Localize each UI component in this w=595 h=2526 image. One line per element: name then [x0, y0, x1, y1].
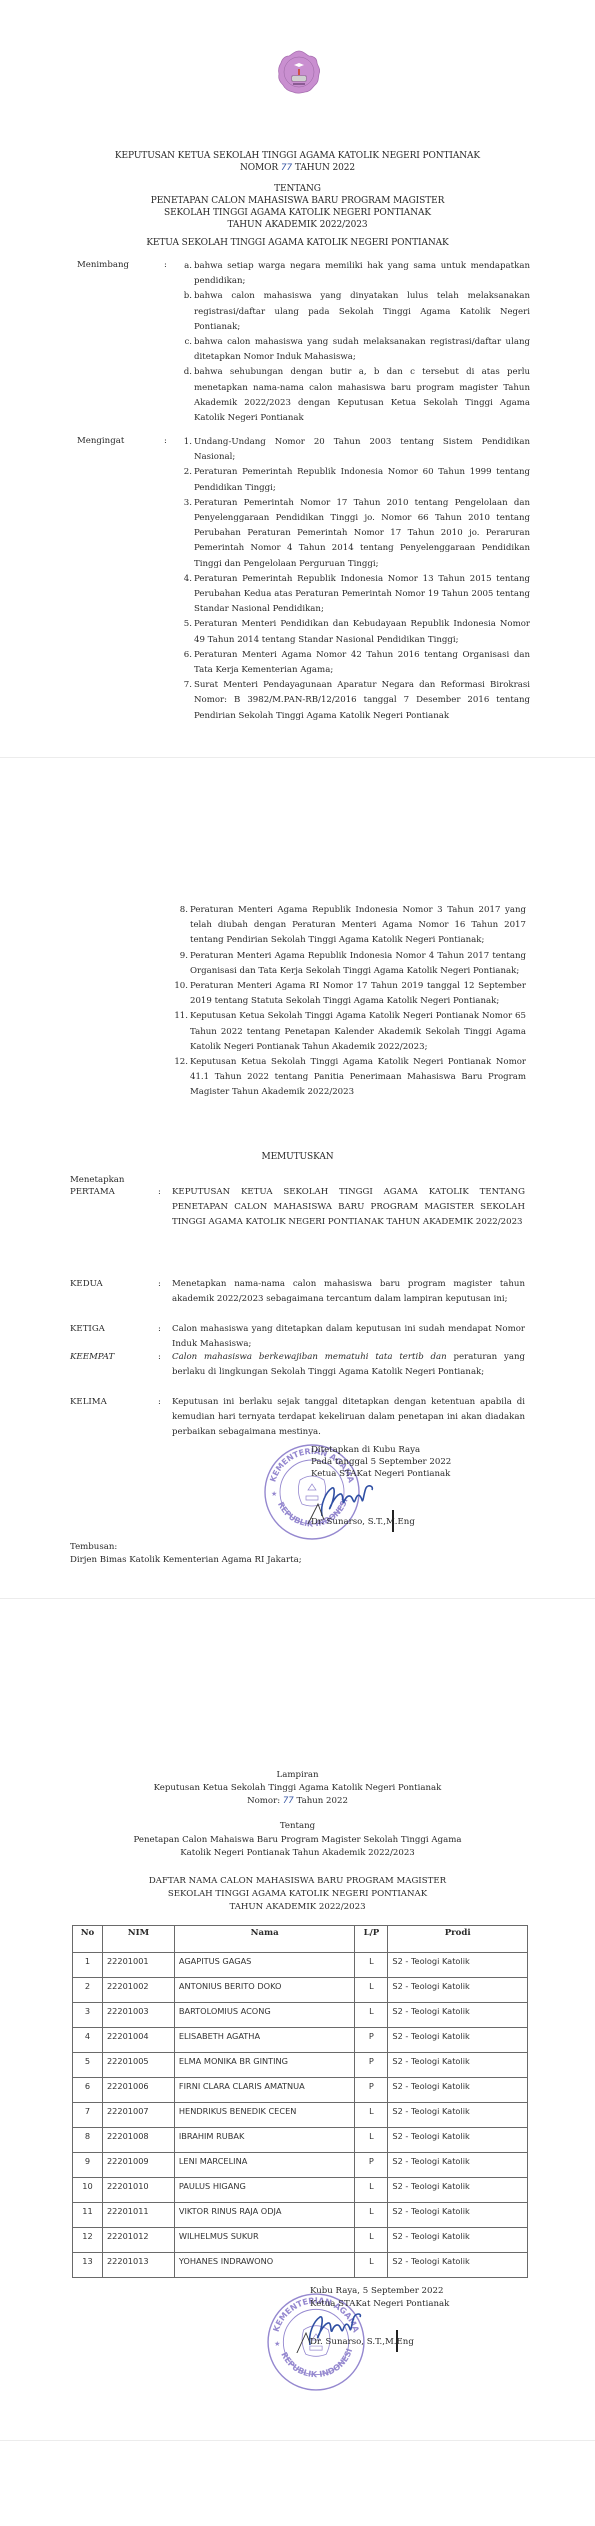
- list-marker: 12.: [169, 1055, 188, 1070]
- ruling-label-pertama: PERTAMA: [70, 1186, 115, 1198]
- cell-nama: IBRAHIM RUBAK: [174, 2128, 355, 2153]
- cell-prodi: S2 - Teologi Katolik: [388, 2253, 528, 2278]
- cell-nama: AGAPITUS GAGAS: [174, 1953, 355, 1978]
- about-label: TENTANG: [0, 183, 595, 195]
- list-marker: 7.: [178, 678, 192, 693]
- cell-no: 5: [73, 2053, 103, 2078]
- decree-page-1: KEPUTUSAN KETUA SEKOLAH TINGGI AGAMA KAT…: [0, 0, 595, 758]
- cell-nim: 22201003: [102, 2003, 174, 2028]
- list-item: 11.Keputusan Ketua Sekolah Tinggi Agama …: [174, 1009, 526, 1055]
- cell-prodi: S2 - Teologi Katolik: [388, 2078, 528, 2103]
- cell-gender: P: [355, 2078, 388, 2103]
- cell-prodi: S2 - Teologi Katolik: [388, 2153, 528, 2178]
- cell-nama: PAULUS HIGANG: [174, 2178, 355, 2203]
- list-item-text: Peraturan Pemerintah Republik Indonesia …: [194, 572, 530, 618]
- colon: :: [164, 435, 167, 447]
- ruling-label-ketiga: KETIGA: [70, 1323, 105, 1335]
- list-item: 12.Keputusan Ketua Sekolah Tinggi Agama …: [174, 1055, 526, 1101]
- list-marker: a.: [178, 259, 192, 274]
- table-row: 922201009LENI MARCELINAPS2 - Teologi Kat…: [73, 2153, 528, 2178]
- table-row: 422201004ELISABETH AGATHAPS2 - Teologi K…: [73, 2028, 528, 2053]
- list-item-text: Peraturan Menteri Agama Republik Indones…: [190, 903, 526, 949]
- cell-no: 2: [73, 1978, 103, 2003]
- cell-nama: YOHANES INDRAWONO: [174, 2253, 355, 2278]
- appendix-about-label: Tentang: [0, 1820, 595, 1832]
- list-marker: 3.: [178, 496, 192, 511]
- ruling-text-pertama: KEPUTUSAN KETUA SEKOLAH TINGGI AGAMA KAT…: [172, 1185, 525, 1231]
- cell-nama: LENI MARCELINA: [174, 2153, 355, 2178]
- svg-text:★: ★: [274, 2339, 280, 2348]
- list-marker: 6.: [178, 648, 192, 663]
- cell-prodi: S2 - Teologi Katolik: [388, 2228, 528, 2253]
- cell-no: 4: [73, 2028, 103, 2053]
- cell-gender: L: [355, 2128, 388, 2153]
- list-item: b.bahwa calon mahasiswa yang dinyatakan …: [178, 289, 530, 335]
- list-item: 6.Peraturan Menteri Agama Nomor 42 Tahun…: [178, 648, 530, 678]
- cell-nama: HENDRIKUS BENEDIK CECEN: [174, 2103, 355, 2128]
- cell-nim: 22201013: [102, 2253, 174, 2278]
- cell-gender: L: [355, 1953, 388, 1978]
- list-item-text: Peraturan Pemerintah Republik Indonesia …: [194, 465, 530, 495]
- list-item-text: bahwa calon mahasiswa yang dinyatakan lu…: [194, 289, 530, 335]
- list-item-text: Peraturan Menteri Agama Republik Indones…: [190, 949, 526, 979]
- list-marker: c.: [178, 335, 192, 350]
- cell-no: 11: [73, 2203, 103, 2228]
- signatory-name: Dr. Sunarso, S.T.,M.Eng: [311, 1516, 415, 1528]
- menimbang-label: Menimbang: [77, 259, 129, 271]
- table-row: 1222201012WILHELMUS SUKURLS2 - Teologi K…: [73, 2228, 528, 2253]
- table-row: 1022201010PAULUS HIGANGLS2 - Teologi Kat…: [73, 2178, 528, 2203]
- cell-nim: 22201007: [102, 2103, 174, 2128]
- ink-mark: [392, 1510, 394, 1532]
- cell-nama: ELMA MONIKA BR GINTING: [174, 2053, 355, 2078]
- list-marker: 1.: [178, 435, 192, 450]
- list-item: 9.Peraturan Menteri Agama Republik Indon…: [174, 949, 526, 979]
- cell-gender: L: [355, 2228, 388, 2253]
- list-marker: 5.: [178, 617, 192, 632]
- cell-prodi: S2 - Teologi Katolik: [388, 2103, 528, 2128]
- cell-gender: L: [355, 2103, 388, 2128]
- svg-text:★: ★: [271, 1490, 277, 1498]
- cell-gender: L: [355, 2203, 388, 2228]
- list-item: 8.Peraturan Menteri Agama Republik Indon…: [174, 903, 526, 949]
- cell-no: 7: [73, 2103, 103, 2128]
- table-row: 222201002ANTONIUS BERITO DOKOLS2 - Teolo…: [73, 1978, 528, 2003]
- cell-no: 6: [73, 2078, 103, 2103]
- ruling-label-keempat: KEEMPAT: [70, 1351, 114, 1363]
- list-item-text: Undang-Undang Nomor 20 Tahun 2003 tentan…: [194, 435, 530, 465]
- table-row: 322201003BARTOLOMIUS ACONGLS2 - Teologi …: [73, 2003, 528, 2028]
- list-item-text: Peraturan Menteri Pendidikan dan Kebuday…: [194, 617, 530, 647]
- menimbang-list: a.bahwa setiap warga negara memiliki hak…: [178, 259, 530, 426]
- list-item-text: Keputusan Ketua Sekolah Tinggi Agama Kat…: [190, 1055, 526, 1101]
- ruling-text-ketiga: Calon mahasiswa yang ditetapkan dalam ke…: [172, 1322, 525, 1352]
- cell-nim: 22201010: [102, 2178, 174, 2203]
- list-item: c.bahwa calon mahasiswa yang sudah melak…: [178, 335, 530, 365]
- mengingat-label: Mengingat: [77, 435, 124, 447]
- list-item-text: Peraturan Menteri Agama RI Nomor 17 Tahu…: [190, 979, 526, 1009]
- institution-logo-icon: [275, 48, 323, 96]
- about-line-2: SEKOLAH TINGGI AGAMA KATOLIK NEGERI PONT…: [0, 207, 595, 219]
- list-title-line-3: TAHUN AKADEMIK 2022/2023: [0, 1901, 595, 1913]
- appendix-number: Nomor: 77 Tahun 2022: [0, 1795, 595, 1807]
- appendix-reference: Keputusan Ketua Sekolah Tinggi Agama Kat…: [0, 1782, 595, 1794]
- appendix-signatory-name: Dr. Sunarso, S.T.,M.Eng: [310, 2336, 414, 2348]
- tembusan-item: Dirjen Bimas Katolik Kementerian Agama R…: [70, 1554, 302, 1566]
- cell-nama: WILHELMUS SUKUR: [174, 2228, 355, 2253]
- ruling-label-kelima: KELIMA: [70, 1396, 107, 1408]
- tembusan-label: Tembusan:: [70, 1541, 117, 1553]
- student-roster-table: No NIM Nama L/P Prodi 122201001AGAPITUS …: [72, 1925, 528, 2278]
- list-item: a.bahwa setiap warga negara memiliki hak…: [178, 259, 530, 289]
- cell-nim: 22201011: [102, 2203, 174, 2228]
- cell-prodi: S2 - Teologi Katolik: [388, 1953, 528, 1978]
- table-row: 1122201011VIKTOR RINUS RAJA ODJALS2 - Te…: [73, 2203, 528, 2228]
- mengingat-list-page-2: 8.Peraturan Menteri Agama Republik Indon…: [174, 903, 526, 1101]
- cell-nama: ELISABETH AGATHA: [174, 2028, 355, 2053]
- cell-nama: FIRNI CLARA CLARIS AMATNUA: [174, 2078, 355, 2103]
- column-header-prodi: Prodi: [388, 1926, 528, 1953]
- list-item: 1.Undang-Undang Nomor 20 Tahun 2003 tent…: [178, 435, 530, 465]
- colon: :: [164, 259, 167, 271]
- appendix-about-line-1: Penetapan Calon Mahaiswa Baru Program Ma…: [0, 1834, 595, 1846]
- list-item: 7.Surat Menteri Pendayagunaan Aparatur N…: [178, 678, 530, 724]
- list-title-line-1: DAFTAR NAMA CALON MAHASISWA BARU PROGRAM…: [0, 1875, 595, 1887]
- handwritten-number: 77: [283, 1796, 294, 1806]
- table-row: 722201007HENDRIKUS BENEDIK CECENLS2 - Te…: [73, 2103, 528, 2128]
- list-item-text: Peraturan Pemerintah Nomor 17 Tahun 2010…: [194, 496, 530, 572]
- cell-gender: L: [355, 2178, 388, 2203]
- list-marker: 9.: [174, 949, 188, 964]
- cell-nim: 22201012: [102, 2228, 174, 2253]
- column-header-nim: NIM: [102, 1926, 174, 1953]
- about-line-3: TAHUN AKADEMIK 2022/2023: [0, 219, 595, 231]
- list-marker: 4.: [178, 572, 192, 587]
- about-line-1: PENETAPAN CALON MAHASISWA BARU PROGRAM M…: [0, 195, 595, 207]
- ruling-text-kedua: Menetapkan nama-nama calon mahasiswa bar…: [172, 1277, 525, 1307]
- column-header-gender: L/P: [355, 1926, 388, 1953]
- list-marker: 11.: [169, 1009, 188, 1024]
- ruling-text-keempat: Calon mahasiswa berkewajiban mematuhi ta…: [172, 1350, 525, 1380]
- menetapkan-label: Menetapkan: [70, 1174, 124, 1186]
- cell-no: 10: [73, 2178, 103, 2203]
- cell-prodi: S2 - Teologi Katolik: [388, 1978, 528, 2003]
- cell-prodi: S2 - Teologi Katolik: [388, 2178, 528, 2203]
- appendix-about-line-2: Katolik Negeri Pontianak Tahun Akademik …: [0, 1847, 595, 1859]
- cell-gender: L: [355, 1978, 388, 2003]
- cell-nim: 22201002: [102, 1978, 174, 2003]
- list-item-text: Peraturan Menteri Agama Nomor 42 Tahun 2…: [194, 648, 530, 678]
- handwritten-number: 77: [281, 163, 292, 173]
- cell-no: 8: [73, 2128, 103, 2153]
- column-header-no: No: [73, 1926, 103, 1953]
- ruling-text-kelima: Keputusan ini berlaku sejak tanggal dite…: [172, 1395, 525, 1441]
- ink-mark: [396, 2330, 398, 2352]
- cell-gender: P: [355, 2053, 388, 2078]
- list-item-text: bahwa setiap warga negara memiliki hak y…: [194, 259, 530, 289]
- list-item: d.bahwa sehubungan dengan butir a, b dan…: [178, 365, 530, 426]
- table-row: 122201001AGAPITUS GAGASLS2 - Teologi Kat…: [73, 1953, 528, 1978]
- colon: :: [158, 1186, 161, 1198]
- list-title-line-2: SEKOLAH TINGGI AGAMA KATOLIK NEGERI PONT…: [0, 1888, 595, 1900]
- list-marker: 2.: [178, 465, 192, 480]
- cell-nama: BARTOLOMIUS ACONG: [174, 2003, 355, 2028]
- list-marker: 10.: [169, 979, 188, 994]
- cell-gender: L: [355, 2003, 388, 2028]
- cell-gender: P: [355, 2028, 388, 2053]
- cell-prodi: S2 - Teologi Katolik: [388, 2053, 528, 2078]
- cell-gender: L: [355, 2253, 388, 2278]
- list-marker: b.: [178, 289, 192, 304]
- cell-prodi: S2 - Teologi Katolik: [388, 2128, 528, 2153]
- appendix-signature-date: Kubu Raya, 5 September 2022: [310, 2285, 443, 2297]
- decree-number: NOMOR 77 TAHUN 2022: [0, 162, 595, 174]
- cell-no: 12: [73, 2228, 103, 2253]
- appendix-page: Lampiran Keputusan Ketua Sekolah Tinggi …: [0, 1689, 595, 2441]
- decree-page-2: 8.Peraturan Menteri Agama Republik Indon…: [0, 846, 595, 1599]
- signature-place: Ditetapkan di Kubu Raya: [311, 1444, 420, 1456]
- memutuskan-heading: MEMUTUSKAN: [0, 1151, 595, 1163]
- cell-no: 3: [73, 2003, 103, 2028]
- list-marker: d.: [178, 365, 192, 380]
- cell-prodi: S2 - Teologi Katolik: [388, 2028, 528, 2053]
- list-item: 4.Peraturan Pemerintah Republik Indonesi…: [178, 572, 530, 618]
- cell-prodi: S2 - Teologi Katolik: [388, 2203, 528, 2228]
- cell-no: 9: [73, 2153, 103, 2178]
- cell-no: 13: [73, 2253, 103, 2278]
- colon: :: [158, 1351, 161, 1363]
- colon: :: [158, 1278, 161, 1290]
- table-row: 1322201013YOHANES INDRAWONOLS2 - Teologi…: [73, 2253, 528, 2278]
- cell-nim: 22201008: [102, 2128, 174, 2153]
- issuer-heading: KETUA SEKOLAH TINGGI AGAMA KATOLIK NEGER…: [0, 237, 595, 249]
- table-row: 822201008IBRAHIM RUBAKLS2 - Teologi Kato…: [73, 2128, 528, 2153]
- cell-nim: 22201006: [102, 2078, 174, 2103]
- list-item-text: bahwa calon mahasiswa yang sudah melaksa…: [194, 335, 530, 365]
- list-item: 10.Peraturan Menteri Agama RI Nomor 17 T…: [174, 979, 526, 1009]
- cell-nama: VIKTOR RINUS RAJA ODJA: [174, 2203, 355, 2228]
- decree-title: KEPUTUSAN KETUA SEKOLAH TINGGI AGAMA KAT…: [0, 150, 595, 162]
- table-header-row: No NIM Nama L/P Prodi: [73, 1926, 528, 1953]
- cell-nim: 22201001: [102, 1953, 174, 1978]
- list-item-text: Keputusan Ketua Sekolah Tinggi Agama Kat…: [190, 1009, 526, 1055]
- cell-nim: 22201009: [102, 2153, 174, 2178]
- mengingat-list-page-1: 1.Undang-Undang Nomor 20 Tahun 2003 tent…: [178, 435, 530, 724]
- cell-nama: ANTONIUS BERITO DOKO: [174, 1978, 355, 2003]
- cell-prodi: S2 - Teologi Katolik: [388, 2003, 528, 2028]
- column-header-nama: Nama: [174, 1926, 355, 1953]
- list-item: 3.Peraturan Pemerintah Nomor 17 Tahun 20…: [178, 496, 530, 572]
- cell-no: 1: [73, 1953, 103, 1978]
- cell-nim: 22201005: [102, 2053, 174, 2078]
- list-item: 5.Peraturan Menteri Pendidikan dan Kebud…: [178, 617, 530, 647]
- list-item-text: Surat Menteri Pendayagunaan Aparatur Neg…: [194, 678, 530, 724]
- cell-gender: P: [355, 2153, 388, 2178]
- appendix-label: Lampiran: [0, 1769, 595, 1781]
- colon: :: [158, 1323, 161, 1335]
- ruling-label-kedua: KEDUA: [70, 1278, 103, 1290]
- table-row: 622201006FIRNI CLARA CLARIS AMATNUAPS2 -…: [73, 2078, 528, 2103]
- cell-nim: 22201004: [102, 2028, 174, 2053]
- table-row: 522201005ELMA MONIKA BR GINTINGPS2 - Teo…: [73, 2053, 528, 2078]
- list-item-text: bahwa sehubungan dengan butir a, b dan c…: [194, 365, 530, 426]
- list-marker: 8.: [174, 903, 188, 918]
- signature-date: Pada tanggal 5 September 2022: [311, 1456, 451, 1468]
- colon: :: [158, 1396, 161, 1408]
- list-item: 2.Peraturan Pemerintah Republik Indonesi…: [178, 465, 530, 495]
